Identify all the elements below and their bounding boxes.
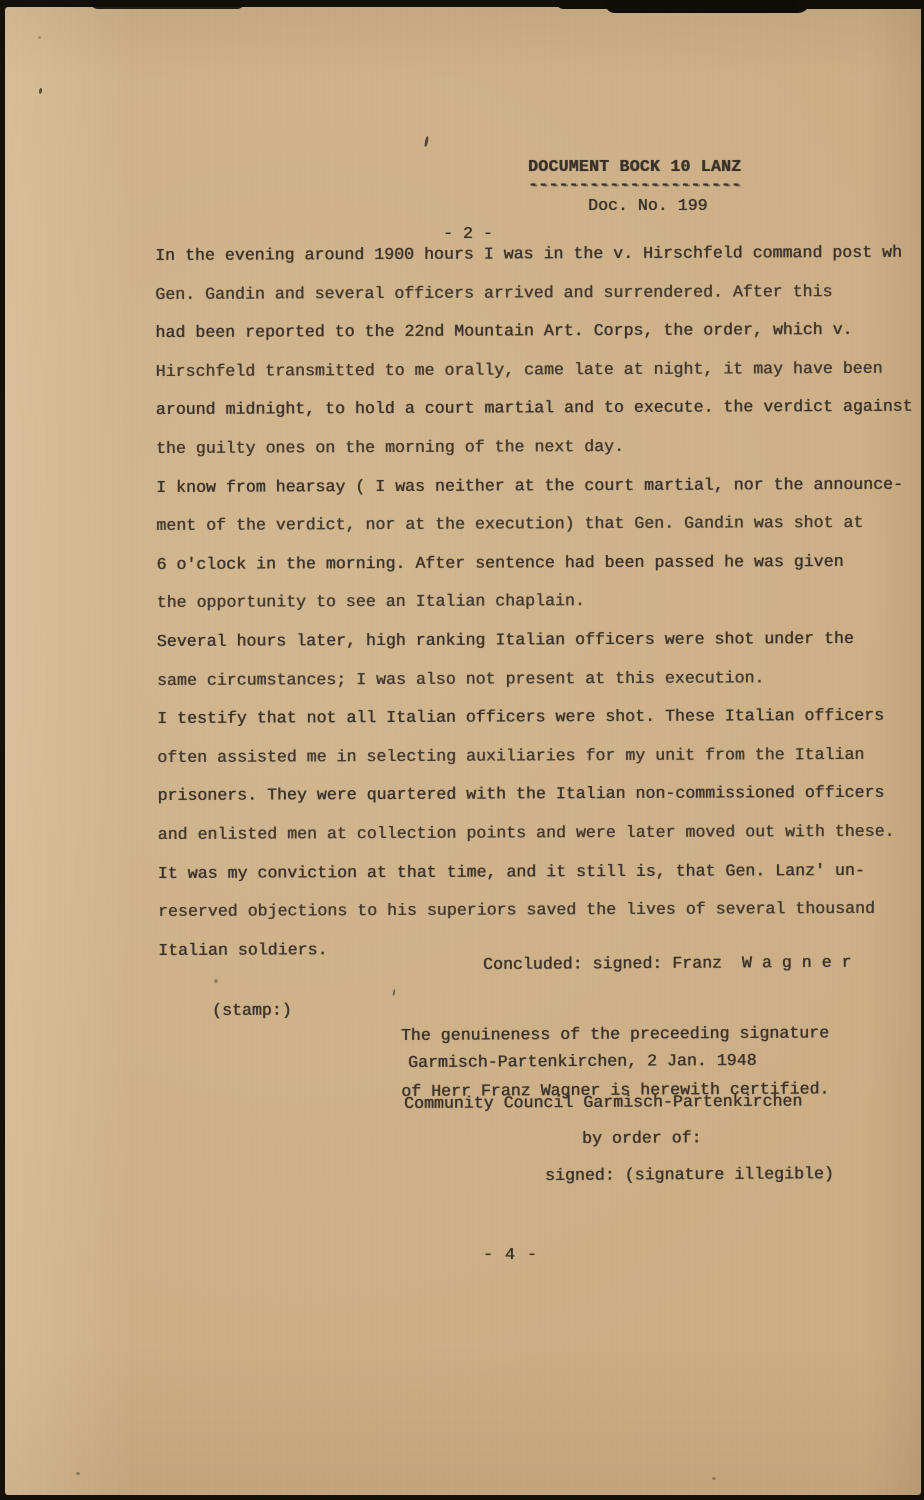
body-line: prisoners. They were quartered with the … xyxy=(157,774,921,816)
paper-sheet: DOCUMENT BOCK 10 LANZ ------------------… xyxy=(5,7,921,1495)
body-line: In the evening around 1900 hours I was i… xyxy=(155,234,921,276)
stamp-label: (stamp:) xyxy=(212,1003,292,1020)
ink-speck xyxy=(214,979,218,983)
body-line: around midnight, to hold a court martial… xyxy=(156,388,921,430)
scan-edge-artifact xyxy=(605,0,810,13)
ink-speck xyxy=(39,88,43,94)
body-line: the opportunity to see an Italian chapla… xyxy=(157,581,921,623)
body-line: had been reported to the 22nd Mountain A… xyxy=(155,311,921,353)
body-line: I testify that not all Italian officers … xyxy=(157,697,921,739)
scanned-document-page: DOCUMENT BOCK 10 LANZ ------------------… xyxy=(0,0,924,1500)
title-underline: --------------------- xyxy=(528,177,741,194)
doc-number: Doc. No. 199 xyxy=(588,198,708,215)
body-line: Several hours later, high ranking Italia… xyxy=(157,620,921,662)
body-line: often assisted me in selecting auxiliari… xyxy=(157,735,921,777)
page-number-bottom: - 4 - xyxy=(483,1247,538,1264)
ink-speck xyxy=(76,1472,80,1475)
ink-speck xyxy=(712,1477,716,1480)
body-line: same circumstances; I was also not prese… xyxy=(157,658,921,700)
stamp-certification-line: The genuineness of the preceeding signat… xyxy=(401,1026,829,1045)
body-line: and enlisted men at collection points an… xyxy=(158,813,921,855)
by-order-line: by order of: xyxy=(582,1130,702,1147)
body-line: I know from hearsay ( I was neither at t… xyxy=(156,465,921,507)
ink-speck xyxy=(393,989,396,996)
body-line: Hirschfeld transmitted to me orally, cam… xyxy=(156,349,921,391)
body-line: ment of the verdict, nor at the executio… xyxy=(156,504,921,546)
stray-pen-mark xyxy=(424,136,429,147)
scan-edge-artifact xyxy=(795,0,924,9)
authority-line: Community Council Garmisch-Partenkirchen xyxy=(404,1094,802,1113)
body-line: 6 o'clock in the morning. After sentence… xyxy=(156,542,921,584)
body-line: the guilty ones on the morning of the ne… xyxy=(156,427,921,469)
place-date-line: Garmisch-Partenkirchen, 2 Jan. 1948 xyxy=(408,1053,757,1072)
concluded-signature-line: Concluded: signed: Franz W a g n e r xyxy=(483,955,852,974)
body-line: It was my conviction at that time, and i… xyxy=(158,851,921,893)
document-book-title: DOCUMENT BOCK 10 LANZ xyxy=(528,159,741,176)
ink-speck xyxy=(38,36,41,39)
body-line: Gen. Gandin and several officers arrived… xyxy=(155,272,921,314)
signed-illegible-line: signed: (signature illegible) xyxy=(545,1166,834,1184)
body-line: reserved objections to his superiors sav… xyxy=(158,890,921,932)
scan-edge-artifact xyxy=(90,0,245,9)
affidavit-body: In the evening around 1900 hours I was i… xyxy=(155,234,921,971)
